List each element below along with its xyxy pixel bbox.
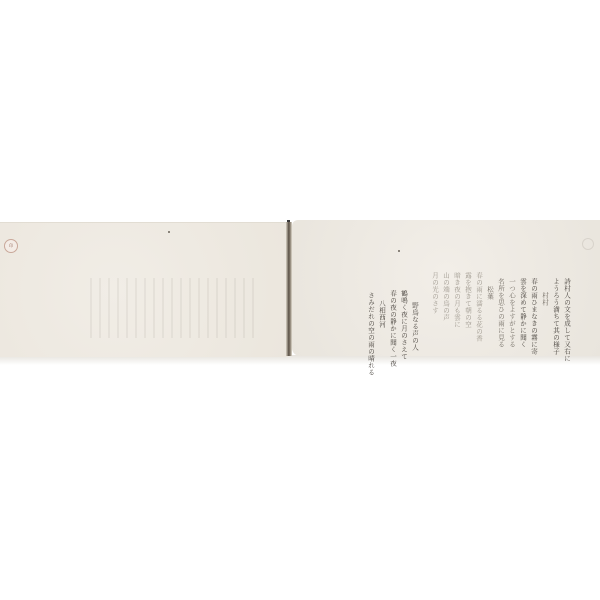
text-column: 春の雨ひまなきの霧に寄 [530, 278, 537, 358]
text-column: 月の光のさす [431, 272, 438, 358]
bleed-through-text [90, 278, 260, 338]
text-column: 野鳥なる声の人 [411, 302, 418, 358]
text-column: 名所を思ひの雨に見る [497, 278, 504, 358]
ring-mark-icon [582, 238, 594, 250]
text-column: ようろう満ちて其の様子 [552, 278, 559, 358]
text-column: 村村 [541, 292, 548, 358]
text-column: 春の雨に濡るる花の香 [475, 272, 482, 358]
text-column: 八相西河 [378, 300, 385, 358]
text-column: 暗き夜の月も雲に [453, 272, 460, 358]
text-column: 松葉 [486, 286, 493, 358]
stamp-label: 印 [9, 243, 13, 249]
text-column: さみだれの空の雨の晴れる [367, 292, 374, 358]
ink-dot [168, 231, 170, 233]
open-manuscript-book: 印 詩村人の文を成して又右に ようろう満ちて其の様子 村村 春の雨ひまなきの霧に… [0, 220, 600, 360]
library-stamp-icon: 印 [4, 239, 18, 253]
calligraphy-text: 詩村人の文を成して又右に ようろう満ちて其の様子 村村 春の雨ひまなきの霧に寄 … [367, 278, 570, 358]
right-page: 詩村人の文を成して又右に ようろう満ちて其の様子 村村 春の雨ひまなきの霧に寄 … [292, 220, 600, 356]
text-column: 山の端の鳥の声 [442, 272, 449, 358]
column-gap [422, 278, 427, 358]
text-column: 露を抱きて朝の空 [464, 272, 471, 358]
text-column: 鶴鳴く夜に月のさえて [400, 290, 407, 358]
text-column: 一つ心をよすがとする [508, 278, 515, 358]
spine-edge [287, 220, 290, 222]
left-page: 印 [0, 222, 288, 357]
text-column: 雲を深めて静かに聞く [519, 278, 526, 358]
ink-dot [398, 250, 400, 252]
text-column: 春の夜の静かに聞く一夜 [389, 290, 396, 358]
text-column: 詩村人の文を成して又右に [563, 278, 570, 358]
